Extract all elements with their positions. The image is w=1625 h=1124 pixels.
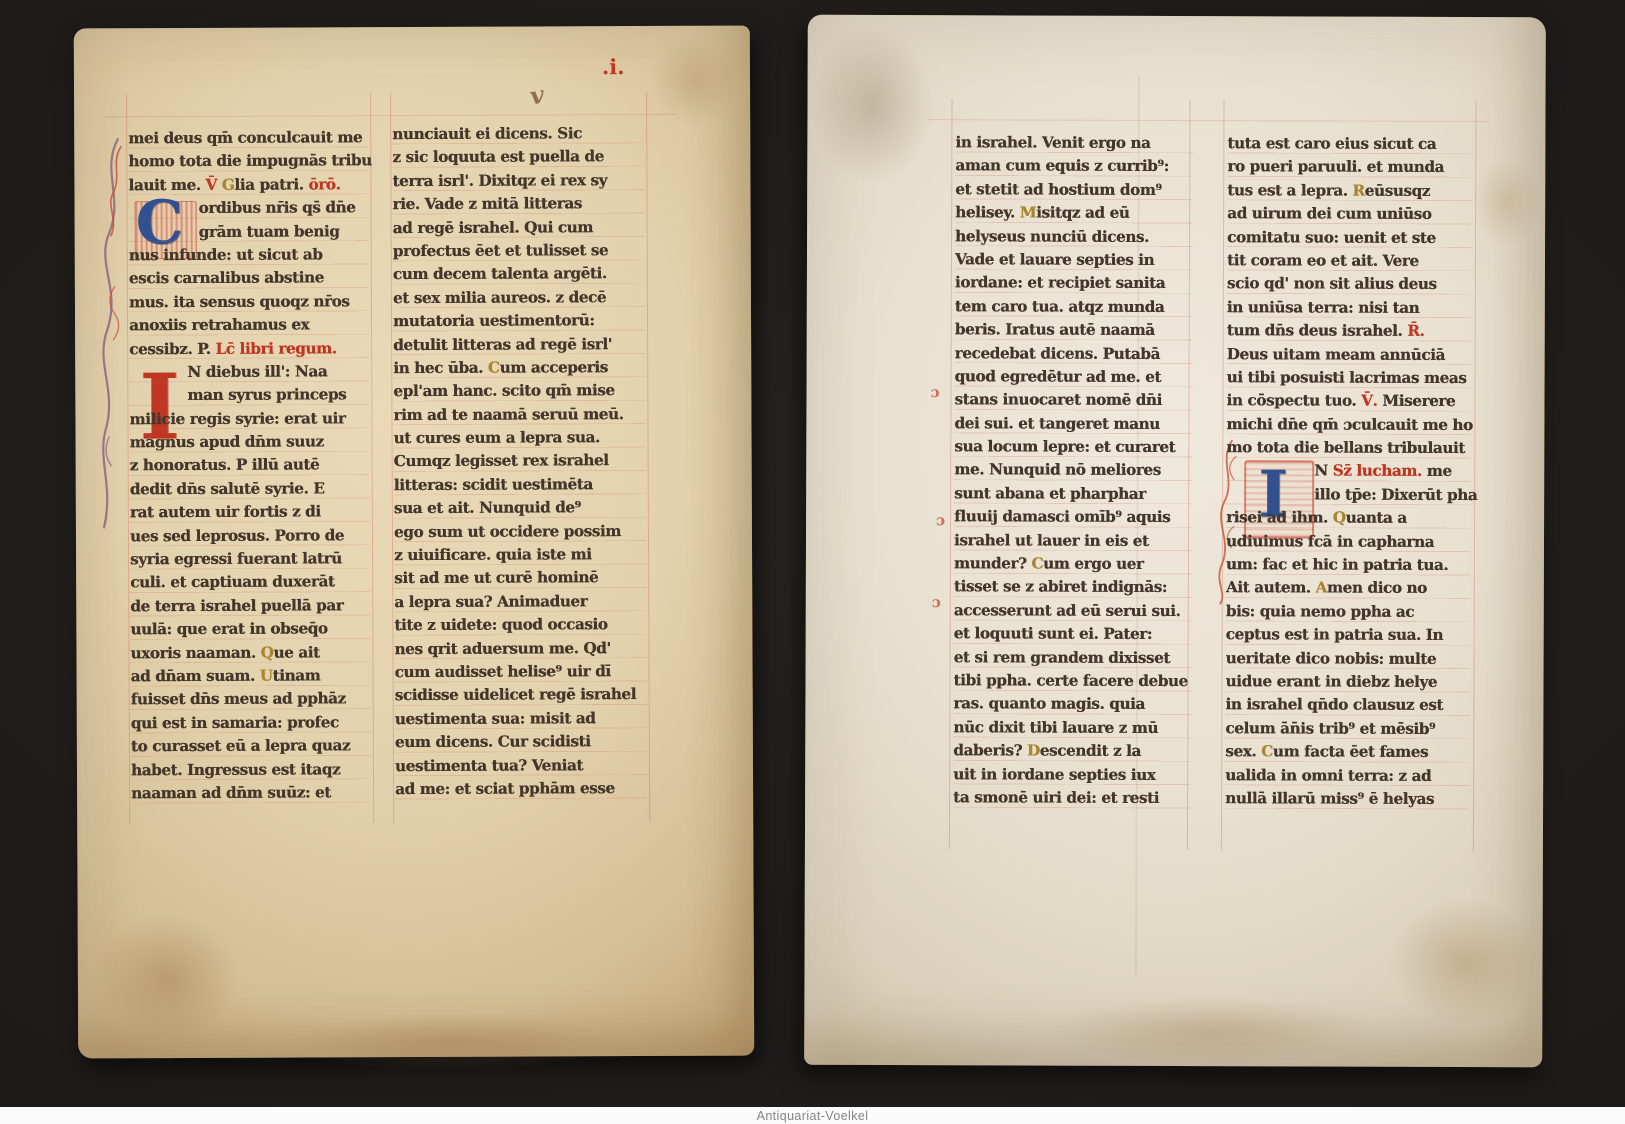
text-column-left-b: nunciauit ei dicens. Sicz sic loquuta es… [392,122,647,801]
text-segment: in israhel qn̄do clausuz est [1225,696,1443,715]
text-segment: z uiuificare. quia iste mi [394,545,592,564]
text-line: tus est a lepra. Reūsusqz [1227,179,1471,203]
text-line: profectus ēet et tulisset se [393,239,645,263]
text-line: sua et ait. Nunquid de⁹ [394,496,646,520]
text-segment: mei deus qm̄ conculcauit me [128,128,362,147]
text-segment: me. Nunquid nō meliores [954,461,1161,480]
text-segment: stans inuocaret nomē dn̄i [954,391,1161,410]
text-segment: aman cum equis z currib⁹: [955,157,1169,176]
text-segment: mutatoria uestimentorū: [393,311,595,330]
ruling-line [1473,101,1477,851]
ruling-line [949,99,953,849]
text-line: et sex milia aureos. z decē [393,286,645,310]
text-line: in israhel qn̄do clausuz est [1225,694,1469,718]
text-line: ut cures eum a lepra sua. [393,426,645,450]
text-segment: Q [1333,509,1346,527]
text-segment: D [1027,742,1040,760]
text-segment: me [1422,462,1452,480]
text-segment: uestimenta sua: misit ad [395,709,596,728]
text-line: litteras: scidit uestimēta [394,473,646,497]
text-line: tit coram eo et ait. Vere [1227,249,1471,273]
stain-decoration [1457,137,1557,267]
text-segment: escendit z la [1040,742,1141,760]
stain-decoration [994,985,1434,1077]
text-segment: naaman ad dn̄m suūz: et [131,783,331,802]
text-line: tibi ppha. certe facere debue [953,669,1191,693]
text-segment: rim ad te naamā seruū meū. [393,405,623,424]
text-segment: munder? [954,554,1031,572]
text-segment: Cumqz legisset rex israhel [394,452,609,471]
text-line: ueritate dico nobis: multe [1226,647,1470,671]
text-segment: lauit me. [128,176,205,194]
text-line: helisey. Misitqz ad eū [955,201,1193,225]
text-segment: nunciauit ei dicens. Sic [392,124,582,143]
text-line: uestimenta tua? Veniat [395,754,647,778]
text-line: uulā: que erat in obseq̄o [130,617,370,641]
text-segment: culi. et captiuam duxerāt [130,573,334,592]
watermark-strip: Antiquariat-Voelkel [0,1107,1625,1124]
text-segment: ego sum ut occidere possim [394,522,621,541]
text-segment: nes qrit aduersum me. Qd' [394,639,610,658]
text-line: tisset se z abiret indignās: [954,576,1192,600]
manuscript-photo: .i. v C I mei deus qm̄ conculcauit mehom… [0,0,1625,1124]
text-segment: mo tota die bellans tribulauit [1226,438,1465,457]
text-segment: nus infunde: ut sicut ab [129,245,323,264]
text-line: sex. Cum facta ēet fames [1225,740,1469,764]
text-line: ad regē israhel. Qui cum [393,216,645,240]
text-segment: ualida in omni terra: z ad [1225,766,1431,785]
text-line: ad dn̄am suam. Utinam [131,664,371,688]
text-line: tem caro tua. atqz munda [955,295,1193,319]
text-segment: fuisset dn̄s meus ad pphāz [131,690,346,709]
text-segment: tus est a lepra. [1227,181,1352,199]
text-line: detulit litteras ad regē isrl' [393,333,645,357]
text-segment: tit coram eo et ait. Vere [1227,251,1419,270]
text-line: recedebat dicens. Putabā [955,342,1193,366]
text-line: helyseus nunciū dicens. [955,225,1193,249]
text-line: naaman ad dn̄m suūz: et [131,781,371,805]
text-segment: tibi ppha. certe facere debue [953,671,1187,690]
text-line: israhel ut lauer in eis et [954,529,1192,553]
text-line: beris. Iratus autē naamā [955,318,1193,342]
text-line: scio qd' non sit alius deus [1227,273,1471,297]
text-line: Vade et lauare septies in [955,248,1193,272]
text-segment: dedit dn̄s salutē syrie. E [130,479,325,498]
text-line: nullā illarū miss⁹ ē helyas [1225,787,1469,811]
text-segment: in cōspectu tuo. [1226,391,1361,409]
text-segment: et si rem grandem dixisset [954,648,1170,667]
text-segment: ras. quanto magis. quia [953,695,1145,714]
text-segment: C [488,359,500,377]
text-segment: men dico no [1327,579,1427,597]
text-line: comitatu suo: uenit et ste [1227,226,1471,250]
text-segment: ceptus est in patria sua. In [1226,625,1443,644]
text-line: ad uirum dei cum uniūso [1227,202,1471,226]
text-segment: uxoris naaman. [130,643,260,662]
text-line: uit in iordane septies iux [953,763,1191,787]
text-line: fuisset dn̄s meus ad pphāz [131,688,371,712]
text-segment: rie. Vade z mitā litteras [392,194,581,213]
text-line: culi. et captiuam duxerāt [130,571,370,595]
text-segment: ueritate dico nobis: multe [1226,649,1437,668]
text-segment: uestimenta tua? Veniat [395,756,583,775]
text-segment: litteras: scidit uestimēta [394,475,593,494]
text-segment: cum decem talenta argēti. [393,265,607,284]
text-segment: eūsusqz [1365,181,1430,199]
stain-decoration [1359,872,1570,1053]
text-segment: sunt abana et pharphar [954,484,1146,503]
text-segment: uidue erant in diebz helye [1225,672,1437,691]
text-segment: daberis? [953,741,1027,759]
text-line: terra isrl'. Dixitqz ei rex sy [392,169,644,193]
text-segment: a lepra sua? Animaduer [394,592,587,611]
text-line: lauit me. V̄ Glia patri. ōrō. [128,173,368,197]
text-segment: ui tibi posuisti lacrimas meas [1227,368,1467,387]
text-segment: helisey. [955,203,1020,221]
text-segment: R [1352,181,1364,199]
text-segment: ue ait [273,643,319,661]
text-segment: tem caro tua. atqz munda [955,297,1164,316]
margin-penwork-decoration [88,136,134,536]
text-line: scidisse uidelicet regē israhel [395,683,647,707]
text-line: cum decem talenta argēti. [393,262,645,286]
text-line: syria egressi fuerant latrū [130,547,370,571]
text-segment: in hec ūba. [393,359,488,377]
stain-decoration [238,1001,668,1083]
text-segment: Miserere [1377,392,1455,410]
text-segment: uulā: que erat in obseq̄o [130,620,327,639]
text-line: sua locum lepre: et curaret [954,435,1192,459]
text-segment: risei ad ihm. [1226,508,1333,526]
text-segment: Ait autem. [1226,579,1316,597]
text-line: z sic loquuta est puella de [392,145,644,169]
text-line: Deus uitam meam annūciā [1227,343,1471,367]
text-segment: bis: quia nemo ppha ac [1226,602,1414,621]
text-segment: sex. [1225,742,1261,760]
ruling-line [1221,100,1225,850]
text-line: dedit dn̄s salutē syrie. E [130,477,370,501]
text-line: michi dn̄e qm̄ ɔculcauit me ho [1226,413,1470,437]
text-line: risei ad ihm. Quanta a [1226,506,1470,530]
text-segment: iordane: et recipiet sanita [955,274,1165,293]
text-line: mo tota die bellans tribulauit [1226,436,1470,460]
text-segment: R̄. [1407,322,1424,340]
text-segment: habet. Ingressus est itaqz [131,760,340,779]
text-segment: Q [261,643,274,661]
text-segment: detulit litteras ad regē isrl' [393,335,612,354]
manuscript-leaf-right: ɔ ɔ ɔ I in israhel. Venit ergo naaman cu… [804,15,1546,1068]
text-line: rat autem uir fortis z di [130,500,370,524]
text-segment: ordibus nr̄is qs̄ dn̄e [199,198,356,217]
text-segment: epl'am hanc. scito qm̄ mise [393,381,614,400]
text-line: homo tota die impugnās tribu [128,150,368,174]
text-line: epl'am hanc. scito qm̄ mise [393,379,645,403]
text-segment: V̄. [1361,392,1377,410]
text-segment: et sex milia aureos. z decē [393,288,606,307]
text-segment: comitatu suo: uenit et ste [1227,228,1436,247]
text-line: in israhel. Venit ergo na [955,131,1193,155]
watermark-text: Antiquariat-Voelkel [757,1109,869,1123]
text-line: uestimenta sua: misit ad [395,707,647,731]
text-line: ui tibi posuisti lacrimas meas [1227,366,1471,390]
text-segment: Lc̄ libri regum. [215,339,336,358]
text-segment: syria egressi fuerant latrū [130,549,342,568]
text-line: in cōspectu tuo. V̄. Miserere [1226,389,1470,413]
text-segment: et stetit ad hostium dom⁹ [955,180,1161,199]
text-line: bis: quia nemo ppha ac [1226,600,1470,624]
text-line: ues sed leprosus. Porro de [130,524,370,548]
margin-paraph-mark: ɔ [936,511,945,529]
manuscript-leaf-left: .i. v C I mei deus qm̄ conculcauit mehom… [74,26,754,1059]
text-segment: Sz̄ lucham. [1333,462,1422,480]
text-line: nūc dixit tibi lauare z mū [953,716,1191,740]
text-segment: homo tota die impugnās tribu [128,152,371,171]
text-line: udiuimus fcā in capharna [1226,530,1470,554]
text-line: munder? Cum ergo uer [954,552,1192,576]
text-segment: ut cures eum a lepra sua. [394,428,600,447]
text-segment: cum audisset helise⁹ uir dī [395,662,611,681]
text-line: mutatoria uestimentorū: [393,309,645,333]
text-line: aman cum equis z currib⁹: [955,155,1193,179]
stain-decoration [787,0,958,215]
text-segment: C [1261,742,1273,760]
text-segment: Deus uitam meam annūciā [1227,345,1445,364]
text-line: et loquuti sunt ei. Pater: [954,622,1192,646]
text-segment: um ergo uer [1043,555,1143,573]
text-line: escis carnalibus abstine [129,267,369,291]
text-segment: tuta est caro eius sicut ca [1227,134,1436,153]
text-segment: sua locum lepre: et curaret [954,437,1175,456]
text-segment: to curasset eū a lepra quaz [131,736,350,755]
text-line: cessibz. P. Lc̄ libri regum. [129,337,369,361]
text-segment: tisset se z abiret indignās: [954,578,1167,597]
text-segment: israhel ut lauer in eis et [954,531,1149,550]
text-segment: tum dn̄s deus israhel. [1227,321,1408,340]
text-segment: escis carnalibus abstine [129,269,324,288]
text-line: um: fac et hic in patria tua. [1226,553,1470,577]
text-segment: illo tp̄e: Dixerūt pha [1314,485,1477,504]
text-segment: de terra israhel puellā par [130,596,343,615]
text-line: ro pueri paruuli. et munda [1227,156,1471,180]
text-line: man syrus princeps [129,383,369,407]
text-line: qui est in samaria: profec [131,711,371,735]
text-line: anoxiis retrahamus ex [129,313,369,337]
text-segment: recedebat dicens. Putabā [955,344,1160,363]
text-segment: sua et ait. Nunquid de⁹ [394,499,581,518]
text-line: illo tp̄e: Dixerūt pha [1226,483,1470,507]
text-line: eum dicens. Cur scidisti [395,730,647,754]
text-column-right-b: tuta est caro eius sicut caro pueri paru… [1225,132,1471,811]
text-segment: fluuij damasci omīb⁹ aquis [954,507,1170,526]
text-line: magnus apud dn̄m suuz [130,430,370,454]
text-line: dei sui. et tangeret manu [954,412,1192,436]
text-line: in uniūsa terra: nisi tan [1227,296,1471,320]
text-segment: rat autem uir fortis z di [130,503,321,522]
text-line: nes qrit aduersum me. Qd' [394,637,646,661]
text-line: quod egredētur ad me. et [955,365,1193,389]
text-segment: nūc dixit tibi lauare z mū [953,718,1158,737]
text-line: ras. quanto magis. quia [953,693,1191,717]
text-column-right-a: in israhel. Venit ergo naaman cum equis … [953,131,1193,810]
text-line: a lepra sua? Animaduer [394,590,646,614]
text-line: uidue erant in diebz helye [1225,670,1469,694]
quire-mark: v [528,79,547,110]
text-segment: helyseus nunciū dicens. [955,227,1149,246]
text-segment: uanta a [1346,509,1407,527]
text-segment: z sic loquuta est puella de [392,148,604,167]
text-segment: in uniūsa terra: nisi tan [1227,298,1419,317]
text-line: grām tuam benig [129,220,369,244]
text-segment: V̄ [205,176,221,194]
text-segment: eum dicens. Cur scidisti [395,732,591,751]
text-segment: um: fac et hic in patria tua. [1226,555,1448,574]
text-line: stans inuocaret nomē dn̄i [954,389,1192,413]
text-line: z honoratus. P illū autē [130,454,370,478]
text-segment: udiuimus fcā in capharna [1226,532,1434,551]
text-line: Ait autem. Amen dico no [1226,577,1470,601]
text-segment: mus. ita sensus quoqz nr̄os [129,292,350,311]
text-line: daberis? Descendit z la [953,739,1191,763]
text-segment: tinam [272,666,320,684]
text-line: me. Nunquid nō meliores [954,459,1192,483]
text-segment: quod egredētur ad me. et [955,367,1161,386]
text-segment: isitqz ad eū [1036,204,1129,222]
text-line: uxoris naaman. Que ait [130,641,370,665]
text-segment: ro pueri paruuli. et munda [1227,158,1444,177]
text-segment: N diebus ill': Naa [187,362,327,381]
text-segment: terra isrl'. Dixitqz ei rex sy [392,171,607,190]
text-segment: accesserunt ad eū serui sui. [954,601,1181,620]
text-segment: lia patri. [234,175,308,193]
margin-paraph-mark: ɔ [930,383,939,401]
text-line: de terra israhel puellā par [130,594,370,618]
text-line: ceptus est in patria sua. In [1226,623,1470,647]
text-segment: milicie regis syrie: erat uir [129,409,345,428]
text-line: accesserunt ad eū serui sui. [954,599,1192,623]
text-line: fluuij damasci omīb⁹ aquis [954,505,1192,529]
text-segment: grām tuam benig [199,222,340,241]
text-line: tite z uidete: quod occasio [394,613,646,637]
text-segment: uit in iordane septies iux [953,765,1155,784]
text-segment: michi dn̄e qm̄ ɔculcauit me ho [1226,415,1472,434]
text-segment: ta smonē uiri dei: et resti [953,788,1159,807]
text-line: et stetit ad hostium dom⁹ [955,178,1193,202]
text-segment: nullā illarū miss⁹ ē helyas [1225,789,1434,808]
text-column-left-a: mei deus qm̄ conculcauit mehomo tota die… [128,126,371,805]
text-segment: profectus ēet et tulisset se [393,241,608,260]
text-segment: N [1314,462,1332,480]
text-segment: dei sui. et tangeret manu [954,414,1159,433]
text-segment: magnus apud dn̄m suuz [130,432,324,451]
text-segment: M [1020,204,1036,222]
text-line: N Sz̄ lucham. me [1226,460,1470,484]
text-line: tum dn̄s deus israhel. R̄. [1227,319,1471,343]
text-line: habet. Ingressus est itaqz [131,758,371,782]
text-segment: U [260,667,273,685]
text-line: rie. Vade z mitā litteras [392,192,644,216]
text-line: et si rem grandem dixisset [954,646,1192,670]
ruling-line [104,114,676,117]
text-line: rim ad te naamā seruū meū. [393,403,645,427]
text-line: ad me: et sciat pphām esse [395,777,647,801]
text-line: milicie regis syrie: erat uir [129,407,369,431]
text-segment: scio qd' non sit alius deus [1227,275,1437,294]
text-line: mus. ita sensus quoqz nr̄os [129,290,369,314]
text-line: in hec ūba. Cum acceperis [393,356,645,380]
margin-paraph-mark: ɔ [932,593,941,611]
text-line: ta smonē uiri dei: et resti [953,786,1191,810]
text-segment: man syrus princeps [187,386,346,405]
text-line: celum ān̄is trib⁹ et mēsib⁹ [1225,717,1469,741]
text-segment: A [1315,579,1326,597]
text-line: Cumqz legisset rex israhel [394,449,646,473]
text-line: nunciauit ei dicens. Sic [392,122,644,146]
text-segment: anoxiis retrahamus ex [129,316,309,335]
stain-decoration [68,888,269,1069]
text-segment: ad dn̄am suam. [131,667,260,686]
text-segment: C [1031,555,1043,573]
stain-decoration [629,15,760,146]
text-segment: um acceperis [500,358,608,376]
text-segment: beris. Iratus autē naamā [955,320,1155,339]
text-segment: cessibz. P. [129,339,215,357]
text-line: to curasset eū a lepra quaz [131,734,371,758]
text-line: ego sum ut occidere possim [394,520,646,544]
text-line: z uiuificare. quia iste mi [394,543,646,567]
text-line: sit ad me ut curē hominē [394,566,646,590]
text-line: ualida in omni terra: z ad [1225,764,1469,788]
ruling-line [927,119,1487,122]
text-segment: qui est in samaria: profec [131,713,339,732]
text-segment: G [222,176,235,194]
text-line: sunt abana et pharphar [954,482,1192,506]
text-segment: celum ān̄is trib⁹ et mēsib⁹ [1225,719,1435,738]
text-line: cum audisset helise⁹ uir dī [395,660,647,684]
text-line: N diebus ill': Naa [129,360,369,384]
text-segment: scidisse uidelicet regē israhel [395,685,636,704]
text-segment: um facta ēet fames [1273,742,1428,761]
text-line: mei deus qm̄ conculcauit me [128,126,368,150]
text-segment: ad me: et sciat pphām esse [395,779,615,798]
text-line: tuta est caro eius sicut ca [1227,132,1471,156]
text-segment: sit ad me ut curē hominē [394,569,598,588]
text-segment: et loquuti sunt ei. Pater: [954,624,1152,643]
text-segment: tite z uidete: quod occasio [394,615,607,634]
text-segment: ōrō. [308,175,340,193]
text-line: ordibus nr̄is qs̄ dn̄e [128,196,368,220]
text-segment: in israhel. Venit ergo na [955,133,1150,152]
folio-number: .i. [602,54,625,79]
text-segment: Vade et lauare septies in [955,250,1154,269]
text-line: iordane: et recipiet sanita [955,272,1193,296]
text-segment: ad uirum dei cum uniūso [1227,204,1431,223]
text-segment: z honoratus. P illū autē [130,456,320,475]
text-segment: ues sed leprosus. Porro de [130,526,344,545]
text-line: nus infunde: ut sicut ab [129,243,369,267]
text-segment: ad regē israhel. Qui cum [393,218,593,237]
